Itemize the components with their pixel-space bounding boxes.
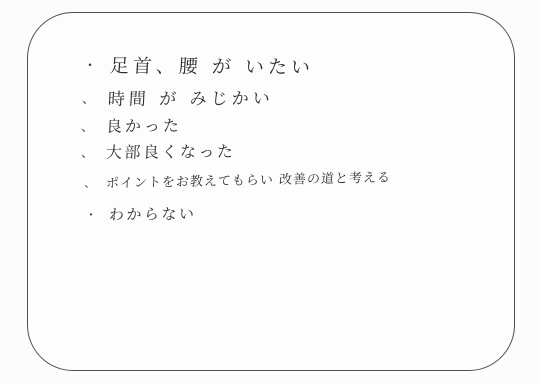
bullet-mark: ・ xyxy=(85,206,100,223)
note-line: 、 ポイントをお教えてもらい 改善の道と考える xyxy=(84,167,391,192)
note-line: 、 時間 が みじかい xyxy=(82,84,274,110)
note-line: ・ わからない xyxy=(85,203,196,225)
note-line: 、 良かった xyxy=(81,113,182,137)
note-line-text: ポイントをお教えてもらい 改善の道と考える xyxy=(106,167,392,192)
note-line-text: 足首、腰 が いたい xyxy=(109,51,315,79)
note-line-text: 大部良くなった xyxy=(105,139,236,163)
scanned-note-page: ・ 足首、腰 が いたい 、 時間 が みじかい 、 良かった 、 大部良くなっ… xyxy=(0,0,540,383)
bullet-mark: ・ xyxy=(83,55,101,75)
bullet-mark: 、 xyxy=(81,116,97,135)
note-line-text: わからない xyxy=(108,203,196,225)
note-line-text: 良かった xyxy=(106,113,183,137)
bullet-mark: 、 xyxy=(81,142,97,161)
bullet-mark: 、 xyxy=(84,174,97,191)
note-card-border: ・ 足首、腰 が いたい 、 時間 が みじかい 、 良かった 、 大部良くなっ… xyxy=(27,12,515,371)
bullet-mark: 、 xyxy=(82,88,99,107)
note-line: ・ 足首、腰 が いたい xyxy=(83,51,314,80)
note-line-text: 時間 が みじかい xyxy=(107,84,274,110)
note-line: 、 大部良くなった xyxy=(81,139,235,163)
